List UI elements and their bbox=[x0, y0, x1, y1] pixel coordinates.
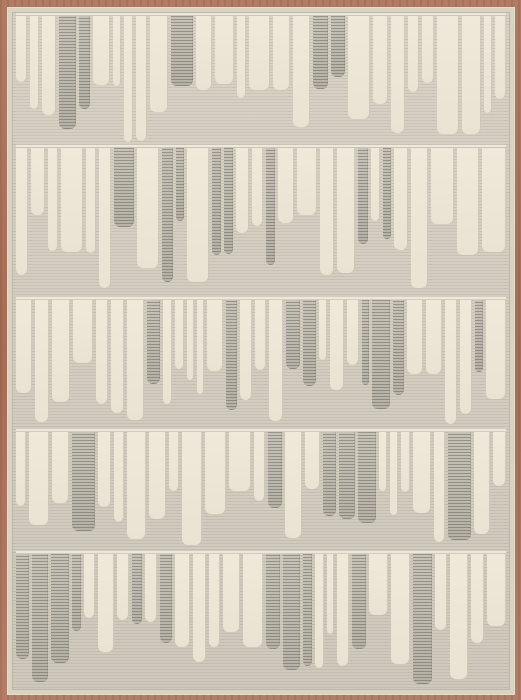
pile-stripe bbox=[434, 432, 444, 542]
pile-stripe bbox=[175, 554, 190, 647]
pile-stripe bbox=[147, 300, 160, 384]
pile-stripe bbox=[59, 16, 77, 129]
pile-stripe bbox=[226, 300, 237, 410]
pile-stripe bbox=[371, 148, 380, 221]
pile-stripe bbox=[266, 148, 275, 265]
pile-stripe bbox=[437, 16, 459, 134]
pile-stripe bbox=[86, 148, 96, 253]
pile-stripe bbox=[162, 148, 173, 282]
pile-stripe bbox=[255, 300, 266, 370]
pile-stripe bbox=[93, 16, 109, 85]
pile-stripe bbox=[266, 554, 280, 649]
pattern-band bbox=[16, 432, 506, 550]
pile-stripe bbox=[493, 432, 506, 486]
pile-stripe bbox=[72, 432, 95, 531]
pile-stripe bbox=[331, 16, 345, 77]
pile-stripe bbox=[111, 300, 124, 413]
pile-stripe bbox=[495, 16, 506, 99]
pile-stripe bbox=[413, 432, 431, 513]
pile-stripe bbox=[285, 432, 302, 538]
pile-stripe bbox=[48, 148, 58, 251]
pile-stripe bbox=[445, 300, 457, 424]
pile-stripe bbox=[193, 554, 206, 662]
pile-stripe bbox=[209, 554, 220, 647]
band-divider bbox=[16, 13, 506, 15]
pile-stripe bbox=[114, 432, 124, 522]
pile-stripe bbox=[29, 432, 49, 525]
pile-stripe bbox=[182, 432, 201, 545]
pile-stripe bbox=[431, 148, 454, 224]
pile-stripe bbox=[16, 148, 28, 275]
pile-stripe bbox=[393, 300, 403, 395]
band-divider bbox=[16, 297, 506, 299]
pile-stripe bbox=[145, 554, 157, 622]
pile-stripe bbox=[171, 16, 194, 86]
pile-stripe bbox=[337, 148, 355, 273]
rug bbox=[7, 7, 515, 695]
pile-stripe bbox=[127, 300, 143, 420]
pattern-band bbox=[16, 300, 506, 428]
pile-stripe bbox=[117, 554, 130, 620]
pile-stripe bbox=[254, 432, 266, 501]
pile-stripe bbox=[124, 16, 133, 142]
pile-stripe bbox=[358, 148, 367, 244]
pile-stripe bbox=[293, 16, 310, 127]
pile-stripe bbox=[372, 300, 390, 409]
pile-stripe bbox=[319, 300, 327, 360]
pile-stripe bbox=[460, 300, 472, 414]
pile-stripe bbox=[169, 432, 179, 491]
pattern-band bbox=[16, 16, 506, 144]
pile-stripe bbox=[16, 300, 32, 393]
pile-stripe bbox=[52, 300, 70, 402]
pile-stripe bbox=[187, 300, 194, 380]
pile-stripe bbox=[32, 554, 48, 682]
pile-stripe bbox=[99, 148, 111, 288]
pile-stripe bbox=[114, 148, 134, 227]
pile-stripe bbox=[268, 432, 281, 508]
pile-stripe bbox=[160, 554, 172, 643]
pile-stripe bbox=[98, 554, 113, 652]
pile-stripe bbox=[369, 554, 388, 615]
pile-stripe bbox=[35, 300, 49, 422]
pile-stripe bbox=[269, 300, 283, 421]
pile-stripe bbox=[72, 554, 81, 631]
pile-stripe bbox=[42, 16, 56, 115]
pile-stripe bbox=[132, 554, 142, 624]
pile-stripe bbox=[475, 300, 484, 372]
pattern-band bbox=[16, 554, 506, 686]
pile-stripe bbox=[337, 554, 349, 666]
pile-stripe bbox=[224, 148, 233, 254]
band-divider bbox=[16, 429, 506, 431]
pile-stripe bbox=[187, 148, 209, 282]
pile-stripe bbox=[286, 300, 299, 369]
pile-stripe bbox=[362, 300, 369, 385]
pile-stripe bbox=[197, 300, 204, 394]
pile-stripe bbox=[240, 300, 252, 400]
pile-stripe bbox=[330, 300, 344, 390]
pile-stripe bbox=[487, 554, 506, 626]
pile-stripe bbox=[426, 300, 441, 374]
pile-stripe bbox=[16, 432, 26, 506]
pile-stripe bbox=[252, 148, 263, 226]
pile-stripe bbox=[391, 554, 410, 664]
pile-stripe bbox=[273, 16, 290, 90]
pile-stripe bbox=[149, 432, 166, 519]
pile-stripe bbox=[484, 16, 492, 113]
pile-stripe bbox=[471, 554, 484, 643]
pile-stripe bbox=[303, 300, 317, 386]
pile-stripe bbox=[339, 432, 356, 519]
pile-stripe bbox=[84, 554, 95, 618]
pile-stripe bbox=[243, 554, 263, 647]
pile-stripe bbox=[61, 148, 83, 252]
pile-stripe bbox=[73, 300, 93, 363]
pile-stripe bbox=[408, 16, 419, 92]
band-divider bbox=[16, 551, 506, 553]
pile-stripe bbox=[176, 148, 184, 221]
pile-stripe bbox=[16, 554, 29, 659]
pile-stripe bbox=[113, 16, 121, 86]
pile-stripe bbox=[297, 148, 317, 215]
pile-stripe bbox=[283, 554, 301, 670]
pile-stripe bbox=[207, 300, 223, 371]
pile-stripe bbox=[52, 432, 69, 503]
pile-stripe bbox=[320, 148, 334, 275]
band-divider bbox=[16, 145, 506, 147]
pile-stripe bbox=[462, 16, 481, 134]
pile-stripe bbox=[205, 432, 226, 514]
pile-stripe bbox=[163, 300, 172, 404]
pile-stripe bbox=[450, 554, 468, 679]
pile-stripe bbox=[435, 554, 447, 630]
pile-stripe bbox=[394, 148, 408, 250]
pile-stripe bbox=[96, 300, 108, 404]
pile-stripe bbox=[411, 148, 428, 288]
pile-stripe bbox=[137, 148, 159, 268]
pile-stripe bbox=[457, 148, 480, 255]
pile-stripe bbox=[249, 16, 270, 90]
pile-stripe bbox=[215, 16, 234, 84]
pile-stripe bbox=[358, 432, 376, 523]
pile-stripe bbox=[30, 16, 39, 109]
pile-stripe bbox=[327, 554, 334, 634]
pile-stripe bbox=[313, 16, 327, 89]
wood-floor bbox=[0, 0, 521, 700]
pattern-band bbox=[16, 148, 506, 296]
pile-stripe bbox=[422, 16, 434, 83]
pile-stripe bbox=[229, 432, 251, 491]
pile-stripe bbox=[212, 148, 221, 255]
pile-stripe bbox=[373, 16, 388, 104]
pile-stripe bbox=[98, 432, 111, 507]
pile-stripe bbox=[401, 432, 410, 492]
pile-stripe bbox=[51, 554, 69, 663]
pile-stripe bbox=[383, 148, 392, 239]
pile-stripe bbox=[303, 554, 312, 666]
pile-stripe bbox=[79, 16, 90, 109]
pile-stripe bbox=[390, 432, 398, 515]
pile-stripe bbox=[407, 300, 424, 374]
pile-stripe bbox=[223, 554, 240, 632]
pile-stripe bbox=[379, 432, 387, 491]
pile-stripe bbox=[278, 148, 294, 223]
pile-stripe bbox=[16, 16, 27, 82]
pile-stripe bbox=[236, 148, 249, 233]
pile-stripe bbox=[482, 148, 506, 252]
pile-stripe bbox=[323, 432, 336, 516]
pile-stripe bbox=[315, 554, 323, 668]
pile-stripe bbox=[448, 432, 471, 540]
pile-stripe bbox=[413, 554, 432, 684]
pile-stripe bbox=[391, 16, 405, 133]
pile-stripe bbox=[175, 300, 184, 369]
pile-stripe bbox=[196, 16, 212, 90]
pile-stripe bbox=[136, 16, 147, 141]
pile-stripe bbox=[486, 300, 506, 399]
pile-stripe bbox=[474, 432, 491, 534]
pile-stripe bbox=[127, 432, 146, 539]
pile-stripe bbox=[31, 148, 45, 215]
pile-stripe bbox=[237, 16, 246, 98]
pile-stripe bbox=[347, 300, 359, 365]
pile-stripe bbox=[348, 16, 370, 119]
pile-stripe bbox=[150, 16, 168, 112]
pile-stripe bbox=[305, 432, 320, 489]
pile-stripe bbox=[352, 554, 366, 649]
